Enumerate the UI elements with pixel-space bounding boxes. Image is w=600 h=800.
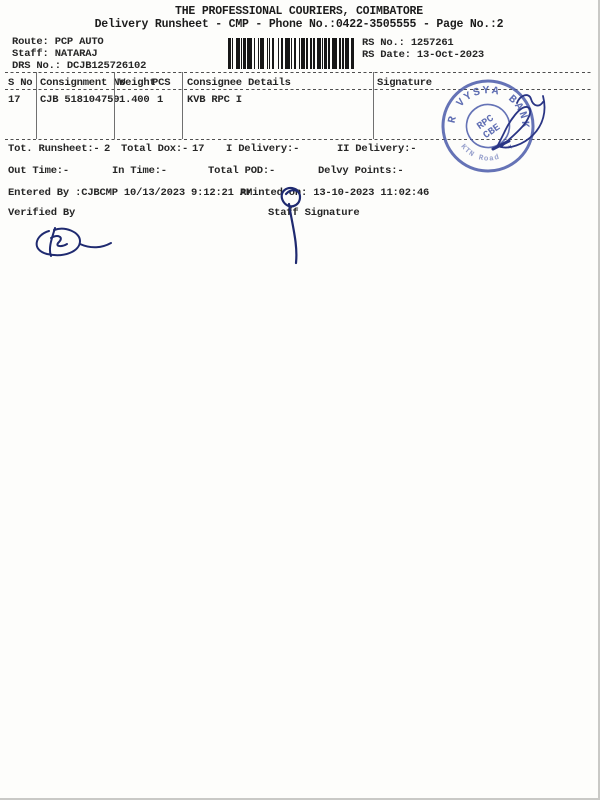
barcode [228,38,354,69]
company-title: THE PROFESSIONAL COURIERS, COIMBATORE [0,6,598,18]
route-value: PCP AUTO [55,36,104,48]
cell-pcs: 1 [157,94,163,106]
cell-consignment: CJB 518104759 [40,94,119,106]
col-header-sno: S No [8,77,32,89]
table-header-rule [5,89,591,91]
col-header-signature: Signature [377,77,432,89]
printed-on-value: 13-10-2023 11:02:46 [313,187,429,199]
ii-delivery-label: II Delivery:- [337,143,416,155]
route-label: Route: [12,36,49,48]
table-bottom-rule [5,139,591,141]
table-divider-3 [182,72,183,139]
col-header-weight: Weight [119,77,156,89]
drs-line: DRS No.: DCJB125726102 [12,60,146,72]
col-header-pcs: PCS [152,77,170,89]
total-pod-label: Total POD:- [208,165,275,177]
staff-value: NATARAJ [55,48,98,60]
staff-signature-label: Staff Signature [268,207,360,219]
verified-by-label: Verified By [8,207,75,219]
stamp-center-line1: RPC [475,113,496,132]
rs-date-line: RS Date: 13-Oct-2023 [362,49,484,61]
drs-value: DCJB125726102 [67,60,146,72]
verified-by-signature [37,228,111,256]
drs-label: DRS No.: [12,60,61,72]
entered-by-label: Entered By : [8,187,81,199]
rs-date-value: 13-Oct-2023 [417,49,484,61]
rs-no-value: 1257261 [411,37,454,49]
stamp-star-icon: ★ [507,142,514,153]
entered-by-value: CJBCMP 10/13/2023 9:12:21 AM [81,187,252,199]
total-dox-value: 17 [192,143,204,155]
printed-on-line: Printed on: 13-10-2023 11:02:46 [240,187,429,199]
tot-runsheet-label: Tot. Runsheet:- [8,143,100,155]
col-header-consignment: Consignment No [40,77,125,89]
document-subtitle: Delivery Runsheet - CMP - Phone No.:0422… [0,19,598,31]
cell-consignee: KVB RPC I [187,94,242,106]
table-divider-4 [373,72,374,139]
entered-by-line: Entered By :CJBCMP 10/13/2023 9:12:21 AM [8,187,252,199]
rs-no-label: RS No.: [362,37,405,49]
col-header-consignee: Consignee Details [187,77,291,89]
stamp-bottom-arc-text: KTN Road [457,142,503,165]
total-dox-label: Total Dox:- [121,143,188,155]
route-line: Route: PCP AUTO [12,36,104,48]
table-divider-1 [36,72,37,139]
rs-no-line: RS No.: 1257261 [362,37,454,49]
staff-label: Staff: [12,48,49,60]
svg-text:KTN Road: KTN Road [457,142,503,165]
delvy-points-label: Delvy Points:- [318,165,403,177]
out-time-label: Out Time:- [8,165,69,177]
cell-sno: 17 [8,94,20,106]
bank-rubber-stamp-icon: R VYSYA BANK KTN Road RPC CBE ★ [432,70,543,181]
staff-signature [282,188,300,263]
table-divider-2 [114,72,115,139]
i-delivery-label: I Delivery:- [226,143,299,155]
tot-runsheet-value: 2 [104,143,110,155]
printed-on-label: Printed on: [240,187,307,199]
handwritten-signatures-layer [0,0,600,800]
staff-line: Staff: NATARAJ [12,48,97,60]
runsheet-document: THE PROFESSIONAL COURIERS, COIMBATORE De… [0,0,600,800]
in-time-label: In Time:- [112,165,167,177]
rs-date-label: RS Date: [362,49,411,61]
cell-weight: 1.400 [119,94,150,106]
table-top-rule [5,72,591,74]
